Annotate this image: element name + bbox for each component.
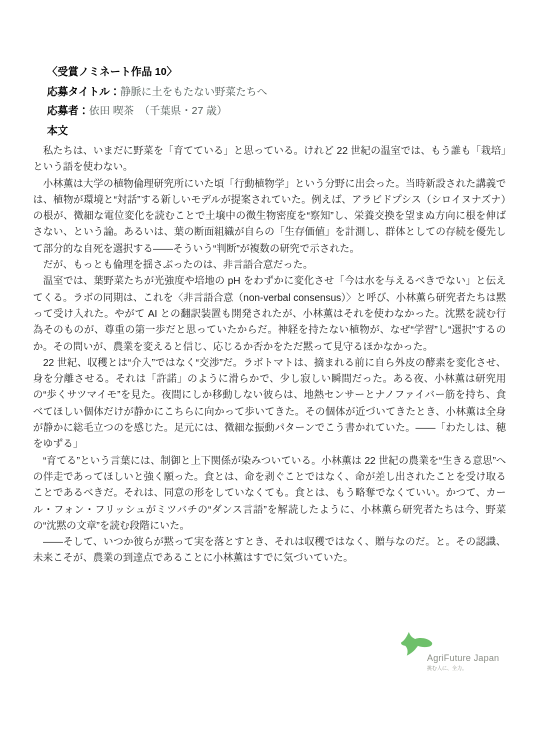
agrifuture-logo-tagline: 挑む人に、全力。 [427, 665, 467, 672]
body-paragraph: だが、もっとも倫理を揺さぶったのは、非言語合意だった。 [33, 258, 506, 274]
document-header: 〈受賞ノミネート作品 10〉 応募タイトル：静脈に土をもたない野菜たちへ 応募者… [33, 63, 506, 141]
nominee-heading: 〈受賞ノミネート作品 10〉 [47, 63, 506, 83]
document-body: 私たちは、いまだに野菜を「育てている」と思っている。けれど 22 世紀の温室では… [33, 144, 506, 568]
entry-title-row: 応募タイトル：静脈に土をもたない野菜たちへ [47, 83, 506, 103]
body-paragraph: 温室では、葉野菜たちが光強度や培地の pH をわずかに変化させ「今は水を与えるべ… [33, 274, 506, 355]
body-paragraph: “育てる”という言葉には、制御と上下関係が染みついている。小林薫は 22 世紀の… [33, 454, 506, 535]
body-paragraph: ——そして、いつか彼らが黙って実を落とすとき、それは収穫ではなく、贈与なのだ。と… [33, 535, 506, 568]
agrifuture-logo: AgriFuture Japan 挑む人に、全力。 [399, 630, 519, 678]
body-paragraph: 22 世紀、収穫とは“介入”ではなく“交渉”だ。ラボトマトは、摘まれる前に自ら外… [33, 356, 506, 454]
body-paragraph: 私たちは、いまだに野菜を「育てている」と思っている。けれど 22 世紀の温室では… [33, 144, 506, 177]
entry-title-label: 応募タイトル： [47, 86, 120, 98]
agrifuture-logo-text: AgriFuture Japan [427, 653, 499, 663]
body-heading: 本文 [47, 122, 506, 142]
applicant-value: 依田 喫茶 （千葉県・27 歳） [89, 105, 227, 117]
applicant-label: 応募者： [47, 105, 89, 117]
document-page: 〈受賞ノミネート作品 10〉 応募タイトル：静脈に土をもたない野菜たちへ 応募者… [0, 0, 536, 751]
body-paragraph: 小林薫は大学の植物倫理研究所にいた頃「行動植物学」という分野に出会った。当時新設… [33, 177, 506, 258]
document-content: 〈受賞ノミネート作品 10〉 応募タイトル：静脈に土をもたない野菜たちへ 応募者… [33, 63, 506, 568]
applicant-row: 応募者：依田 喫茶 （千葉県・27 歳） [47, 102, 506, 122]
entry-title-value: 静脈に土をもたない野菜たちへ [120, 86, 267, 98]
